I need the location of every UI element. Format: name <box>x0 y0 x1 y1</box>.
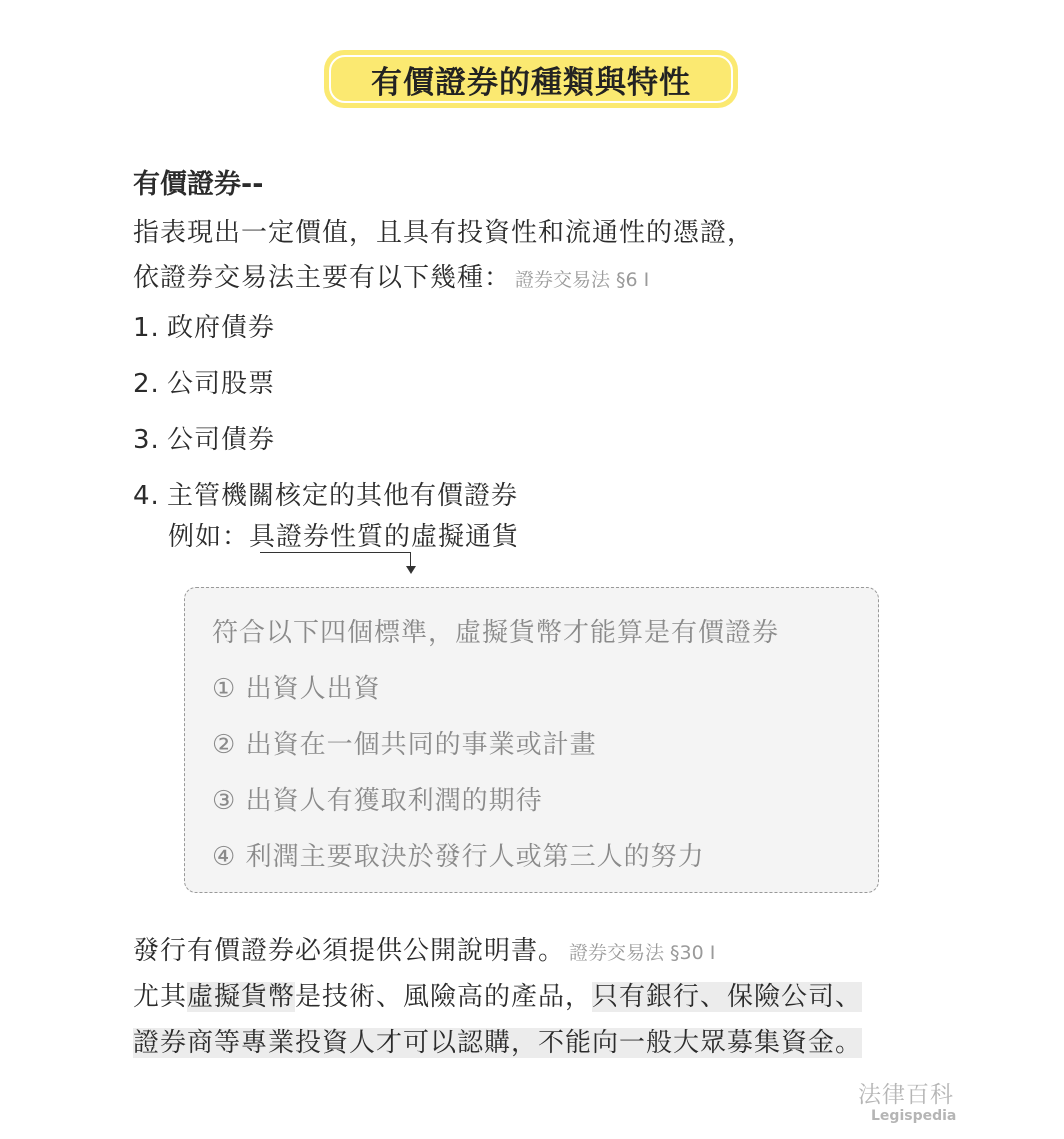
list-label: 政府債券 <box>167 313 275 343</box>
section-heading: 有價證券-- <box>133 162 263 201</box>
criteria-item-3: ③ 出資人有獲取利潤的期待 <box>212 780 543 817</box>
citation-art6: 證券交易法 §6 I <box>515 269 649 291</box>
list-label: 公司股票 <box>167 369 275 399</box>
list-number: 2. <box>133 369 167 399</box>
list-item-1: 1.政府債券 <box>133 307 275 344</box>
watermark-logo-en: Legispedia <box>871 1108 956 1124</box>
connector-line <box>260 552 411 553</box>
criteria-box: 符合以下四個標準，虛擬貨幣才能算是有價證券 ① 出資人出資 ② 出資在一個共同的… <box>184 587 879 893</box>
definition-line-2: 依證券交易法主要有以下幾種：證券交易法 §6 I <box>133 257 649 294</box>
footer-line-3: 證券商等專業投資人才可以認購，不能向一般大眾募集資金。 <box>133 1022 862 1059</box>
title-badge: 有價證券的種類與特性 <box>324 50 738 108</box>
arrow-down-icon <box>406 566 416 574</box>
watermark-logo-cn: 法律百科 <box>858 1076 954 1109</box>
footer-line-2-b: 是技術、風險高的產品， <box>295 982 592 1012</box>
page-title: 有價證券的種類與特性 <box>371 57 691 102</box>
footer-line-1-text: 發行有價證券必須提供公開說明書。 <box>133 936 565 966</box>
criteria-item-2: ② 出資在一個共同的事業或計畫 <box>212 724 597 761</box>
highlight-investors-1: 只有銀行、保險公司、 <box>592 982 862 1012</box>
example-prefix: 例如： <box>168 522 249 552</box>
list-item-4: 4.主管機關核定的其他有價證券 <box>133 475 518 512</box>
list-number: 4. <box>133 481 167 511</box>
example-underlined: 具證券性質 <box>249 522 384 552</box>
footer-line-2: 尤其虛擬貨幣是技術、風險高的產品，只有銀行、保險公司、 <box>133 976 862 1013</box>
list-number: 3. <box>133 425 167 455</box>
footer-line-2-a: 尤其 <box>133 982 187 1012</box>
list-item-2: 2.公司股票 <box>133 363 275 400</box>
criteria-item-1: ① 出資人出資 <box>212 668 381 705</box>
connector-line-vertical <box>410 552 411 566</box>
criteria-item-4: ④ 利潤主要取決於發行人或第三人的努力 <box>212 836 705 873</box>
citation-art30: 證券交易法 §30 I <box>569 942 715 964</box>
footer-line-1: 發行有價證券必須提供公開說明書。證券交易法 §30 I <box>133 930 715 967</box>
list-label: 主管機關核定的其他有價證券 <box>167 481 518 511</box>
example-line: 例如：具證券性質的虛擬通貨 <box>168 516 519 553</box>
highlight-investors-2: 證券商等專業投資人才可以認購，不能向一般大眾募集資金。 <box>133 1028 862 1058</box>
list-label: 公司債券 <box>167 425 275 455</box>
highlight-virtual-currency: 虛擬貨幣 <box>187 982 295 1012</box>
definition-line-1: 指表現出一定價值，且具有投資性和流通性的憑證， <box>133 212 754 249</box>
example-suffix: 的虛擬通貨 <box>384 522 519 552</box>
list-number: 1. <box>133 313 167 343</box>
definition-line-2-text: 依證券交易法主要有以下幾種： <box>133 263 511 293</box>
list-item-3: 3.公司債券 <box>133 419 275 456</box>
criteria-title: 符合以下四個標準，虛擬貨幣才能算是有價證券 <box>212 612 779 649</box>
